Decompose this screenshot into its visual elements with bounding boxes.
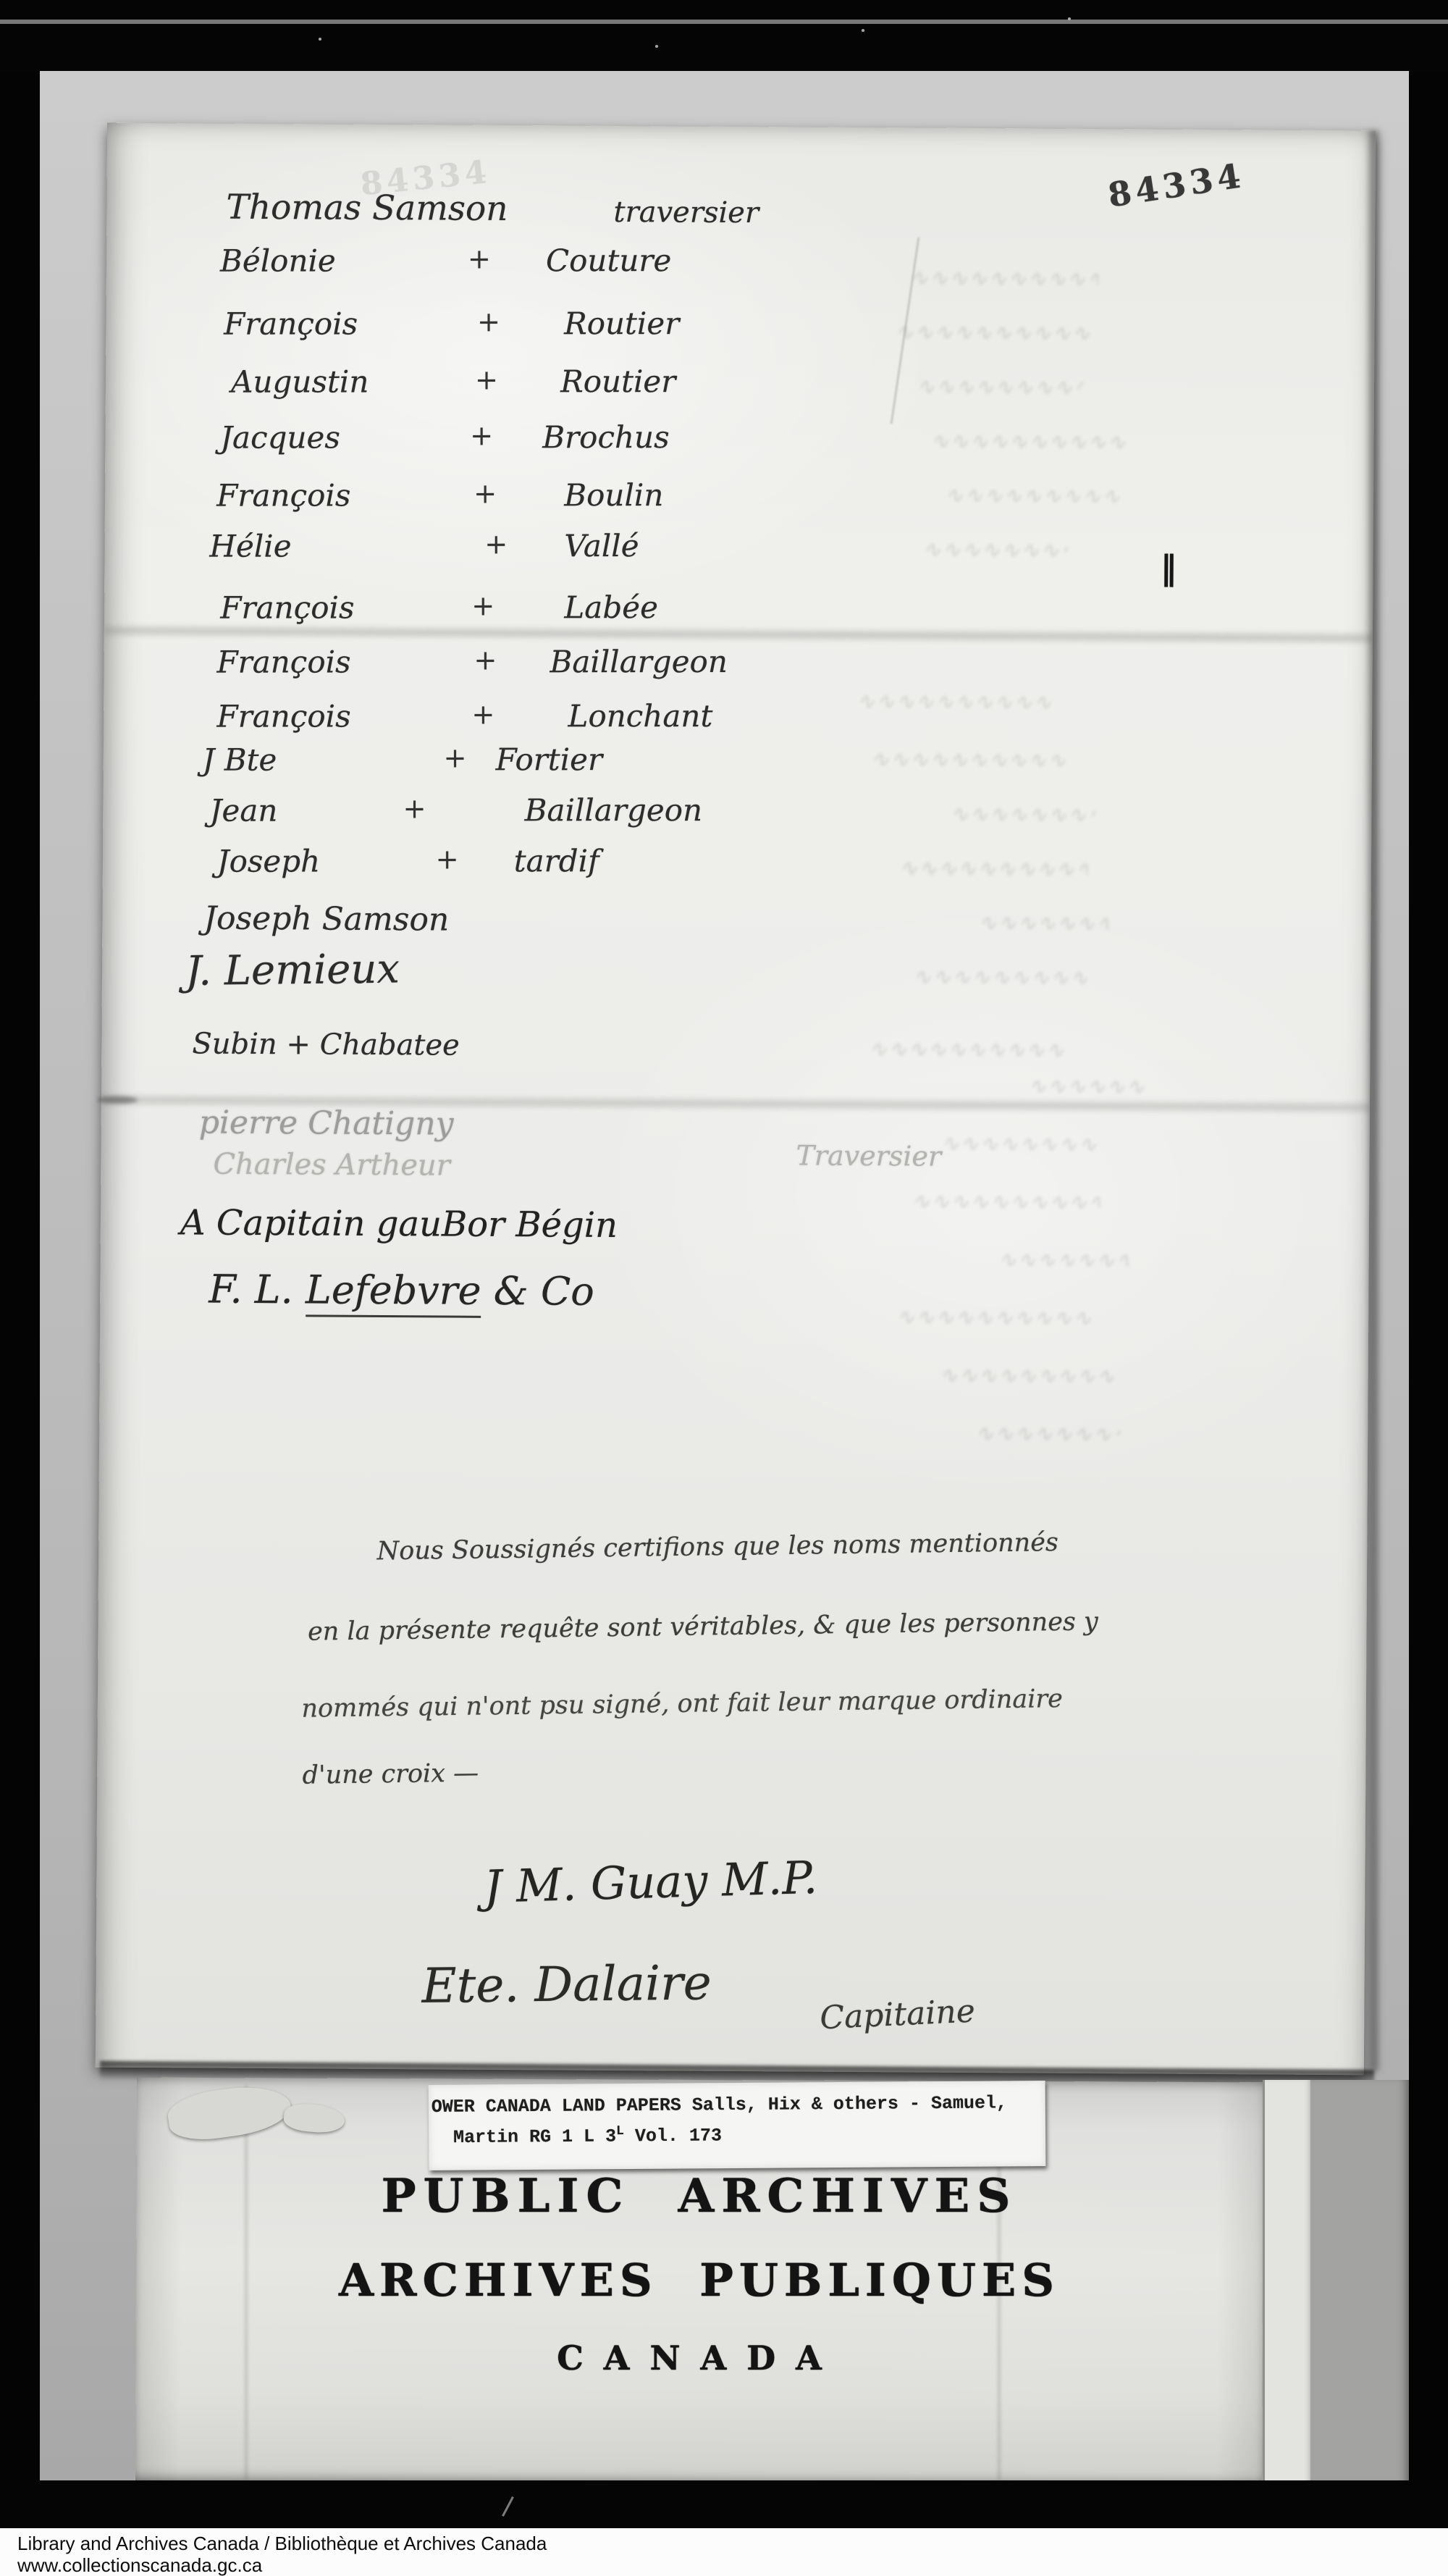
ghost-writing <box>998 1247 1129 1274</box>
certification-line: Nous Soussignés certifions que les noms … <box>376 1528 1058 1566</box>
reference-label-line2-text: Martin RG 1 L 3 <box>453 2126 616 2148</box>
cover-title-french: ARCHIVES PUBLIQUES <box>136 2254 1263 2307</box>
signature-guay: J M. Guay M.P. <box>483 1851 818 1913</box>
certification-line: nommés qui n'ont psu signé, ont fait leu… <box>301 1685 1063 1724</box>
cover-title-english: PUBLIC ARCHIVES <box>136 2169 1263 2223</box>
ghost-writing <box>941 1131 1100 1158</box>
signature-dalaire: Ete. Dalaire <box>421 1955 712 2014</box>
ghost-writing <box>895 319 1112 347</box>
footer-strip: Library and Archives Canada / Bibliothèq… <box>0 2528 1448 2576</box>
scan-border-bottom <box>0 2480 1448 2528</box>
signature-dalaire-title: Capitaine <box>819 1992 976 2036</box>
certification-line: d'une croix — <box>302 1759 479 1790</box>
ghost-writing <box>1028 1073 1144 1100</box>
adjacent-page-edge <box>1263 2080 1313 2484</box>
ghost-writing <box>869 1036 1086 1064</box>
page-edge-shadow <box>1365 130 1381 2071</box>
certification-line: en la présente requête sont véritables, … <box>308 1607 1098 1646</box>
manuscript-page: 84334 84334 ‖ Thomas Samson traversier B… <box>96 123 1376 2076</box>
ghost-writing <box>940 1363 1114 1390</box>
scanned-archive-page: 84334 84334 ‖ Thomas Samson traversier B… <box>0 0 1448 2576</box>
reference-label-line1: OWER CANADA LAND PAPERS Salls, Hix & oth… <box>432 2092 1007 2118</box>
ghost-writing <box>910 265 1098 293</box>
reference-label-line2-volume: Vol. 173 <box>624 2125 722 2147</box>
footer-institution-line: Library and Archives Canada / Bibliothèq… <box>17 2533 547 2555</box>
reference-label-line2: Martin RG 1 L 3L Vol. 173 <box>453 2123 722 2148</box>
scan-border-right <box>1409 71 1448 2483</box>
footer-url: www.collectionscanada.gc.ca <box>17 2554 262 2576</box>
scan-border-left <box>0 71 40 2483</box>
ghost-writing <box>871 747 1074 774</box>
certification-paragraph: Nous Soussignés certifions que les noms … <box>80 111 1373 2072</box>
reference-label-superscript: L <box>616 2124 624 2139</box>
ghost-writing <box>923 537 1068 564</box>
ghost-writing <box>917 374 1083 401</box>
dust-speck <box>319 38 321 41</box>
ghost-writing <box>899 855 1087 883</box>
ghost-writing <box>945 483 1119 510</box>
reference-label: OWER CANADA LAND PAPERS Salls, Hix & oth… <box>429 2081 1046 2170</box>
ghost-writing <box>896 1304 1099 1332</box>
dust-speck <box>1068 17 1071 20</box>
dust-speck <box>862 29 864 32</box>
cover-title-block: PUBLIC ARCHIVES ARCHIVES PUBLIQUES CANAD… <box>136 2169 1263 2378</box>
ghost-writing <box>912 1188 1100 1216</box>
backing-strip <box>1310 2080 1409 2484</box>
scan-artifact-line <box>0 20 1448 24</box>
ghost-writing <box>978 910 1108 937</box>
cover-title-country: CANADA <box>136 2338 1263 2378</box>
ghost-writing <box>930 429 1133 456</box>
ghost-writing <box>975 1421 1120 1448</box>
dust-speck <box>655 45 658 48</box>
ghost-writing <box>950 802 1095 828</box>
ghost-writing <box>913 964 1087 991</box>
ghost-writing <box>856 689 1095 716</box>
